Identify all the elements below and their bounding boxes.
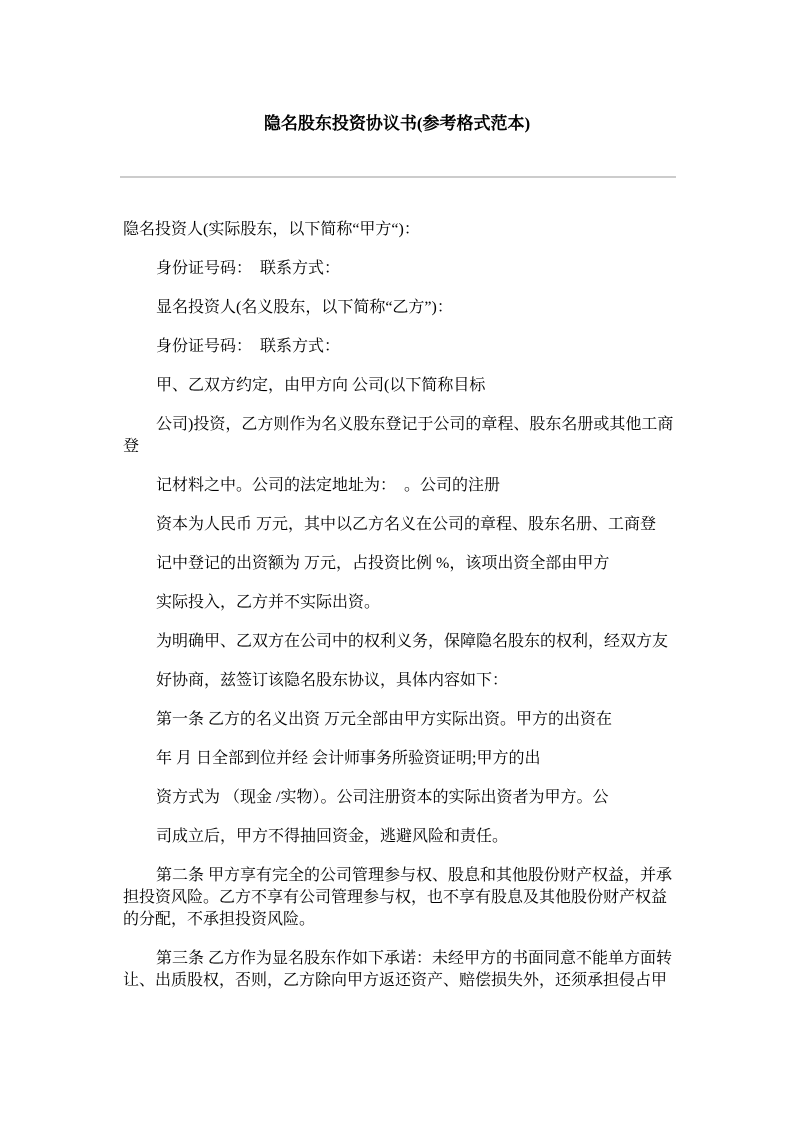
paragraph-line: 的分配，不承担投资风险。 [123, 909, 680, 931]
paragraph: 第一条 乙方的名义出资 万元全部由甲方实际出资。甲方的出资在 [123, 709, 680, 731]
paragraph: 身份证号码： 联系方式： [123, 336, 680, 358]
paragraph: 资本为人民币 万元，其中以乙方名义在公司的章程、股东名册、工商登 [123, 514, 680, 536]
paragraph-line: 实际投入，乙方并不实际出资。 [123, 592, 680, 614]
paragraph-line: 第一条 乙方的名义出资 万元全部由甲方实际出资。甲方的出资在 [123, 709, 680, 731]
paragraph-line: 隐名投资人(实际股东，以下简称“甲方“)： [123, 219, 680, 241]
paragraph: 记材料之中。公司的法定地址为： 。公司的注册 [123, 475, 680, 497]
document-page: 隐名股东投资协议书(参考格式范本) 隐名投资人(实际股东，以下简称“甲方“)：身… [0, 0, 794, 1123]
paragraph: 实际投入，乙方并不实际出资。 [123, 592, 680, 614]
paragraph: 好协商，兹签订该隐名股东协议，具体内容如下： [123, 670, 680, 692]
paragraph-line: 让、出质股权，否则，乙方除向甲方返还资产、赔偿损失外，还须承担侵占甲 [123, 970, 680, 992]
paragraph-line: 身份证号码： 联系方式： [123, 336, 680, 358]
paragraph-line: 记材料之中。公司的法定地址为： 。公司的注册 [123, 475, 680, 497]
paragraph-line: 为明确甲、乙双方在公司中的权利义务，保障隐名股东的权利，经双方友 [123, 631, 680, 653]
paragraph: 公司)投资，乙方则作为名义股东登记于公司的章程、股东名册或其他工商登 [123, 414, 680, 458]
paragraph-line: 资方式为 （现金 /实物）。公司注册资本的实际出资者为甲方。公 [123, 787, 680, 809]
paragraph-line: 好协商，兹签订该隐名股东协议，具体内容如下： [123, 670, 680, 692]
paragraph: 显名投资人(名义股东，以下简称“乙方”)： [123, 297, 680, 319]
paragraph: 身份证号码： 联系方式： [123, 258, 680, 280]
paragraph-line: 第二条 甲方享有完全的公司管理参与权、股息和其他股份财产权益，并承 [123, 865, 680, 887]
paragraph-line: 第三条 乙方作为显名股东作如下承诺：未经甲方的书面同意不能单方面转 [123, 948, 680, 970]
paragraph: 第三条 乙方作为显名股东作如下承诺：未经甲方的书面同意不能单方面转让、出质股权，… [123, 948, 680, 992]
paragraph-line: 登 [123, 436, 680, 458]
document-title: 隐名股东投资协议书(参考格式范本) [0, 0, 794, 134]
paragraph-line: 公司)投资，乙方则作为名义股东登记于公司的章程、股东名册或其他工商 [123, 414, 680, 436]
document-body: 隐名投资人(实际股东，以下简称“甲方“)：身份证号码： 联系方式：显名投资人(名… [123, 219, 680, 992]
paragraph: 第二条 甲方享有完全的公司管理参与权、股息和其他股份财产权益，并承担投资风险。乙… [123, 865, 680, 931]
paragraph-line: 记中登记的出资额为 万元，占投资比例 %，该项出资全部由甲方 [123, 553, 680, 575]
paragraph-line: 年 月 日全部到位并经 会计师事务所验资证明;甲方的出 [123, 748, 680, 770]
paragraph: 为明确甲、乙双方在公司中的权利义务，保障隐名股东的权利，经双方友 [123, 631, 680, 653]
paragraph-line: 显名投资人(名义股东，以下简称“乙方”)： [123, 297, 680, 319]
paragraph-line: 担投资风险。乙方不享有公司管理参与权，也不享有股息及其他股份财产权益 [123, 887, 680, 909]
paragraph-line: 司成立后，甲方不得抽回资金，逃避风险和责任。 [123, 826, 680, 848]
paragraph: 资方式为 （现金 /实物）。公司注册资本的实际出资者为甲方。公 [123, 787, 680, 809]
paragraph: 记中登记的出资额为 万元，占投资比例 %，该项出资全部由甲方 [123, 553, 680, 575]
paragraph: 年 月 日全部到位并经 会计师事务所验资证明;甲方的出 [123, 748, 680, 770]
paragraph-line: 身份证号码： 联系方式： [123, 258, 680, 280]
paragraph: 甲、乙双方约定，由甲方向 公司(以下简称目标 [123, 375, 680, 397]
title-separator [120, 176, 676, 178]
paragraph-line: 甲、乙双方约定，由甲方向 公司(以下简称目标 [123, 375, 680, 397]
paragraph: 隐名投资人(实际股东，以下简称“甲方“)： [123, 219, 680, 241]
paragraph-line: 资本为人民币 万元，其中以乙方名义在公司的章程、股东名册、工商登 [123, 514, 680, 536]
paragraph: 司成立后，甲方不得抽回资金，逃避风险和责任。 [123, 826, 680, 848]
